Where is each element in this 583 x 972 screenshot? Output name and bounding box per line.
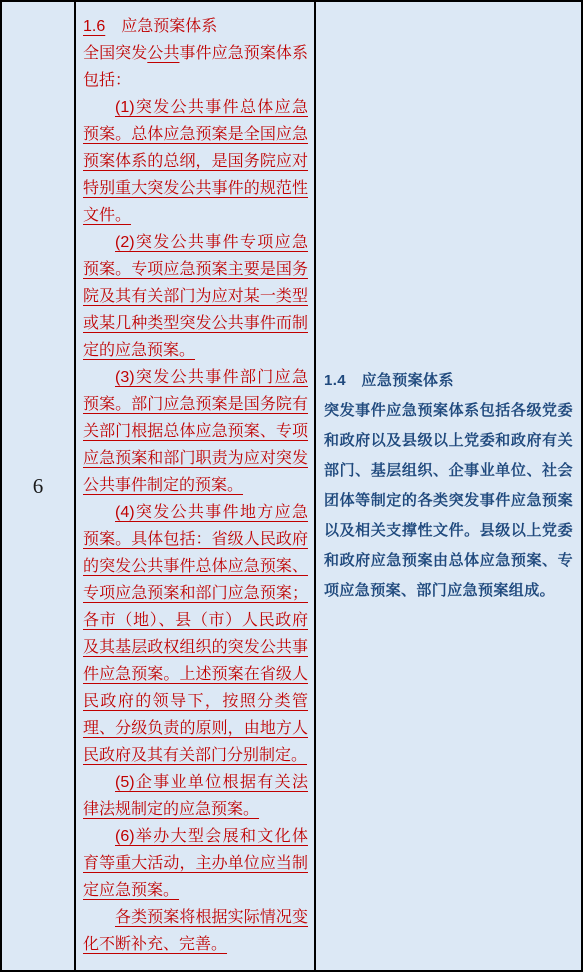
revision-run-underlined: (4)突发公共事件地方应急预案。具体包括：省级人民政府的突发公共事件总体应急预案… bbox=[83, 504, 308, 764]
old-version-cell: 1.6 应急预案体系全国突发公共事件应急预案体系包括：(1)突发公共事件总体应急… bbox=[76, 2, 316, 970]
revision-paragraph: (3)突发公共事件部门应急预案。部门应急预案是国务院有关部门根据总体应急预案、专… bbox=[83, 364, 308, 499]
revision-run-underlined: (1)突发公共事件总体应急预案。总体应急预案是全国应急预案体系的总纲，是国务院应… bbox=[83, 99, 308, 224]
revision-run-underlined: 1.6 bbox=[83, 18, 105, 35]
revision-paragraph: (4)突发公共事件地方应急预案。具体包括：省级人民政府的突发公共事件总体应急预案… bbox=[83, 499, 308, 769]
new-version-heading: 1.4 应急预案体系 bbox=[324, 366, 573, 396]
revision-run: 全国突发 bbox=[83, 45, 147, 62]
new-version-cell: 1.4 应急预案体系 突发事件应急预案体系包括各级党委和政府以及县级以上党委和政… bbox=[316, 2, 581, 970]
row-number-cell: 6 bbox=[2, 2, 76, 970]
revision-run: 应急预案体系 bbox=[105, 18, 217, 35]
revision-paragraph: 各类预案将根据实际情况变化不断补充、完善。 bbox=[83, 904, 308, 958]
revision-paragraph: 全国突发公共事件应急预案体系包括： bbox=[83, 40, 308, 94]
revision-run-underlined: 各类预案将根据实际情况变化不断补充、完善。 bbox=[83, 909, 308, 953]
comparison-table: 6 1.6 应急预案体系全国突发公共事件应急预案体系包括：(1)突发公共事件总体… bbox=[0, 0, 583, 972]
new-version-body: 突发事件应急预案体系包括各级党委和政府以及县级以上党委和政府有关部门、基层组织、… bbox=[324, 396, 573, 606]
revision-run-underlined: 公共 bbox=[147, 45, 179, 62]
revision-run-underlined: (2)突发公共事件专项应急预案。专项应急预案主要是国务院及其有关部门为应对某一类… bbox=[83, 234, 308, 359]
revision-paragraph: (1)突发公共事件总体应急预案。总体应急预案是全国应急预案体系的总纲，是国务院应… bbox=[83, 94, 308, 229]
revision-run-underlined: (6)举办大型会展和文化体育等重大活动，主办单位应当制定应急预案。 bbox=[83, 828, 308, 899]
revision-paragraph: (2)突发公共事件专项应急预案。专项应急预案主要是国务院及其有关部门为应对某一类… bbox=[83, 229, 308, 364]
revision-paragraph: 1.6 应急预案体系 bbox=[83, 13, 308, 40]
revision-run-underlined: (5)企事业单位根据有关法律法规制定的应急预案。 bbox=[83, 774, 308, 818]
revision-run-underlined: (3)突发公共事件部门应急预案。部门应急预案是国务院有关部门根据总体应急预案、专… bbox=[83, 369, 308, 494]
revision-paragraph: (5)企事业单位根据有关法律法规制定的应急预案。 bbox=[83, 769, 308, 823]
revision-paragraph: (6)举办大型会展和文化体育等重大活动，主办单位应当制定应急预案。 bbox=[83, 823, 308, 904]
row-number: 6 bbox=[33, 474, 44, 499]
